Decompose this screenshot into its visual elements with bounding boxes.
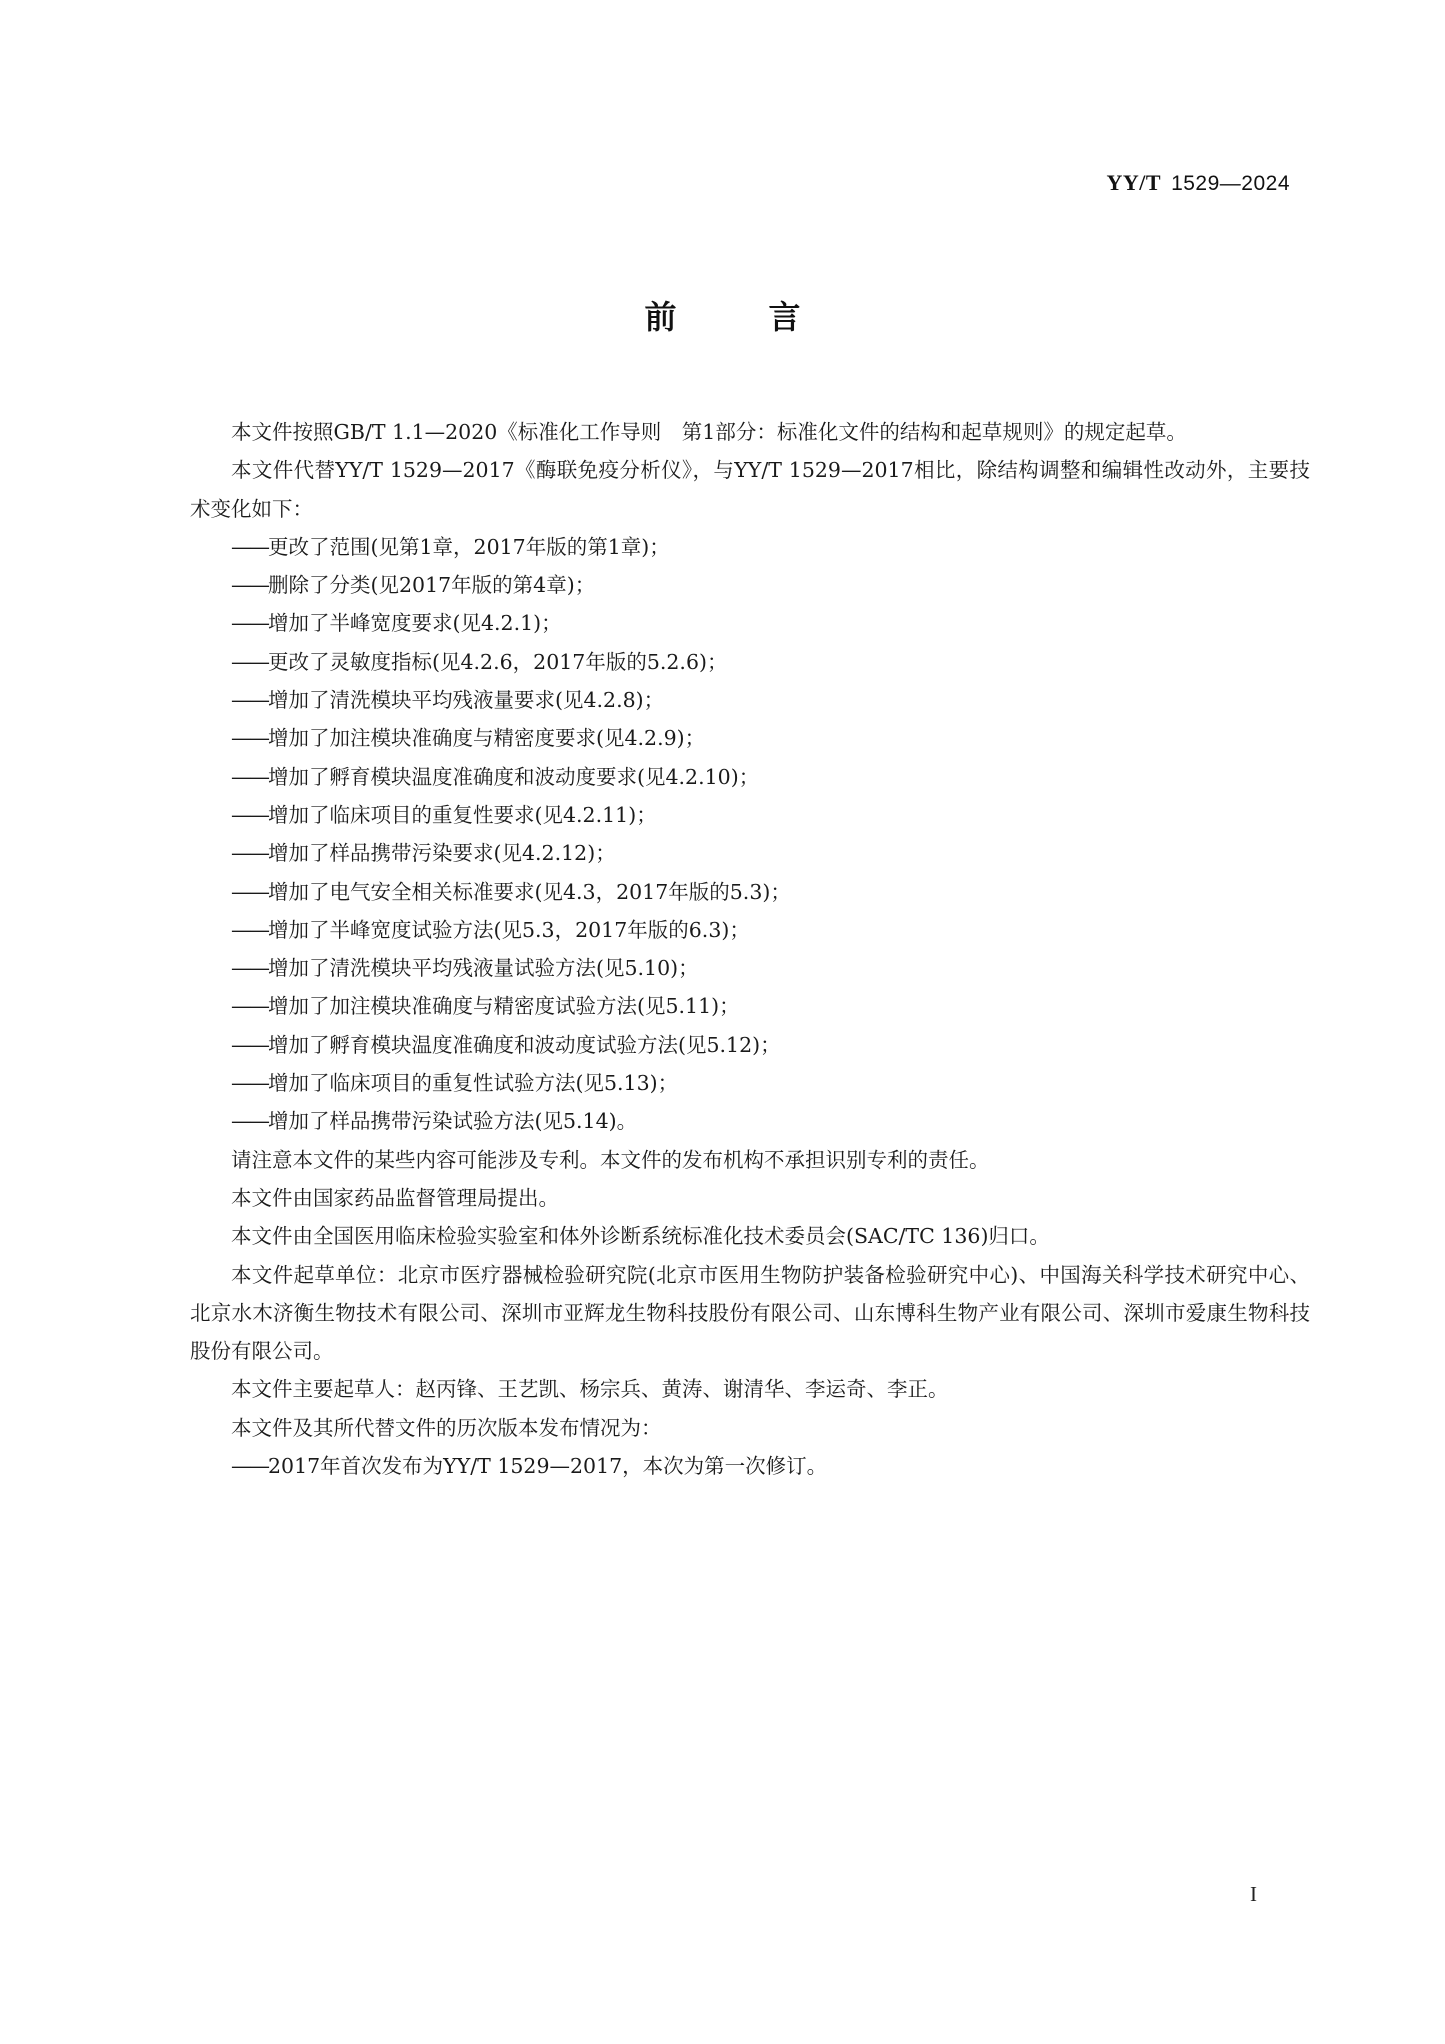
dash-marker: —— (231, 987, 268, 1025)
dash-marker: —— (231, 873, 268, 911)
dash-marker: —— (231, 528, 268, 566)
dash-marker: —— (231, 796, 268, 834)
paragraph-drafters: 本文件主要起草人：赵丙锋、王艺凯、杨宗兵、黄涛、谢清华、李运奇、李正。 (190, 1370, 1310, 1408)
list-item: ——增加了加注模块准确度与精密度要求(见4.2.9)； (190, 719, 1310, 757)
version-history-list: ——2017年首次发布为YY/T 1529—2017，本次为第一次修订。 (190, 1447, 1310, 1485)
list-item: ——增加了清洗模块平均残液量试验方法(见5.10)； (190, 949, 1310, 987)
page-title: 前言 (0, 292, 1445, 338)
list-item: ——增加了临床项目的重复性试验方法(见5.13)； (190, 1064, 1310, 1102)
dash-marker: —— (231, 643, 268, 681)
list-item: ——增加了样品携带污染要求(见4.2.12)； (190, 834, 1310, 872)
list-item: ——增加了半峰宽度试验方法(见5.3，2017年版的6.3)； (190, 911, 1310, 949)
standard-prefix: YY/T (1107, 170, 1162, 195)
dash-marker: —— (231, 834, 268, 872)
paragraph-committee: 本文件由全国医用临床检验实验室和体外诊断系统标准化技术委员会(SAC/TC 13… (190, 1217, 1310, 1255)
list-item: ——增加了半峰宽度要求(见4.2.1)； (190, 604, 1310, 642)
paragraph-version-history: 本文件及其所代替文件的历次版本发布情况为： (190, 1409, 1310, 1447)
list-item: ——增加了加注模块准确度与精密度试验方法(见5.11)； (190, 987, 1310, 1025)
dash-marker: —— (231, 758, 268, 796)
paragraph-patent-notice: 请注意本文件的某些内容可能涉及专利。本文件的发布机构不承担识别专利的责任。 (190, 1141, 1310, 1179)
dash-marker: —— (231, 1447, 268, 1485)
title-char-2: 言 (769, 298, 801, 336)
dash-marker: —— (231, 566, 268, 604)
list-item: ——增加了孵育模块温度准确度和波动度试验方法(见5.12)； (190, 1026, 1310, 1064)
dash-marker: —— (231, 949, 268, 987)
paragraph-proposed-by: 本文件由国家药品监督管理局提出。 (190, 1179, 1310, 1217)
dash-marker: —— (231, 681, 268, 719)
list-item: ——更改了灵敏度指标(见4.2.6，2017年版的5.2.6)； (190, 643, 1310, 681)
dash-marker: —— (231, 1026, 268, 1064)
list-item: ——2017年首次发布为YY/T 1529—2017，本次为第一次修订。 (190, 1447, 1310, 1485)
dash-marker: —— (231, 719, 268, 757)
title-char-1: 前 (644, 298, 676, 336)
list-item: ——增加了临床项目的重复性要求(见4.2.11)； (190, 796, 1310, 834)
technical-changes-list: ——更改了范围(见第1章，2017年版的第1章)； ——删除了分类(见2017年… (190, 528, 1310, 1141)
dash-marker: —— (231, 1064, 268, 1102)
list-item: ——删除了分类(见2017年版的第4章)； (190, 566, 1310, 604)
paragraph-drafting-units: 本文件起草单位：北京市医疗器械检验研究院(北京市医用生物防护装备检验研究中心)、… (190, 1256, 1310, 1371)
document-page: YY/T1529—2024 前言 本文件按照GB/T 1.1—2020《标准化工… (0, 0, 1445, 2044)
list-item: ——增加了样品携带污染试验方法(见5.14)。 (190, 1102, 1310, 1140)
paragraph-drafting-rules: 本文件按照GB/T 1.1—2020《标准化工作导则 第1部分：标准化文件的结构… (190, 413, 1310, 451)
dash-marker: —— (231, 604, 268, 642)
standard-number: 1529—2024 (1171, 172, 1290, 195)
dash-marker: —— (231, 911, 268, 949)
list-item: ——更改了范围(见第1章，2017年版的第1章)； (190, 528, 1310, 566)
dash-marker: —— (231, 1102, 268, 1140)
page-number: I (1250, 1882, 1257, 1907)
standard-code: YY/T1529—2024 (1107, 170, 1291, 196)
list-item: ——增加了电气安全相关标准要求(见4.3，2017年版的5.3)； (190, 873, 1310, 911)
paragraph-replaces: 本文件代替YY/T 1529—2017《酶联免疫分析仪》，与YY/T 1529—… (190, 451, 1310, 528)
list-item: ——增加了孵育模块温度准确度和波动度要求(见4.2.10)； (190, 758, 1310, 796)
list-item: ——增加了清洗模块平均残液量要求(见4.2.8)； (190, 681, 1310, 719)
foreword-body: 本文件按照GB/T 1.1—2020《标准化工作导则 第1部分：标准化文件的结构… (190, 413, 1310, 1485)
